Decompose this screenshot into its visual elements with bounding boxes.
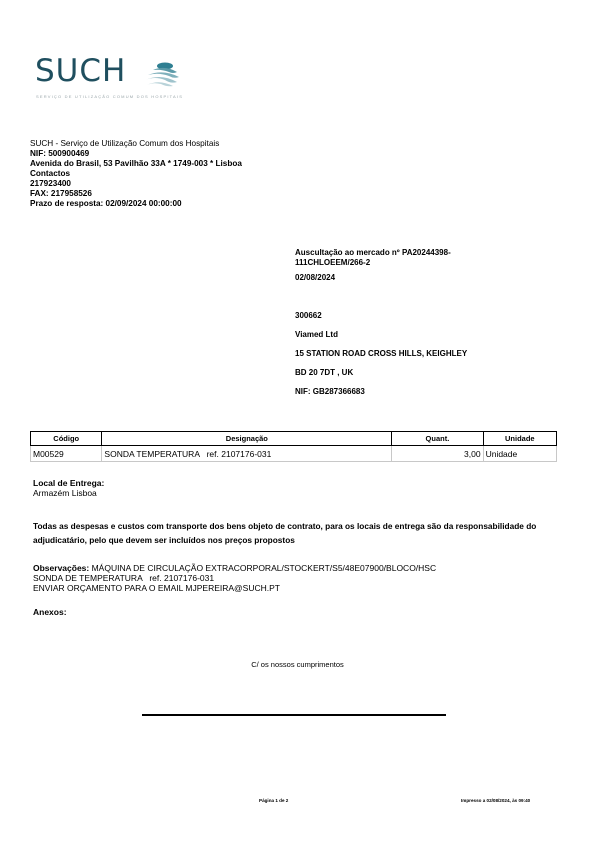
page-number: Página 1 de 2 [259,798,288,803]
reference-title: Auscultação ao mercado nº PA20244398- 11… [295,248,451,268]
supplier-address1: 15 STATION ROAD CROSS HILLS, KEIGHLEY [295,349,467,368]
sender-address: Avenida do Brasil, 53 Pavilhão 33A * 174… [30,159,242,169]
column-header-unit: Unidade [483,432,556,446]
supplier-name: Viamed Ltd [295,330,467,349]
company-logo-text: SUCH [35,56,126,87]
delivery-location: Armazém Lisboa [33,488,104,498]
sender-fax: FAX: 217958526 [30,189,242,199]
printed-timestamp: Impresso a 02/08/2024, às 09:40 [461,798,530,803]
sender-name: SUCH - Serviço de Utilização Comum dos H… [30,139,242,149]
closing-greeting: C/ os nossos cumprimentos [0,660,595,669]
table-row: M00529 SONDA TEMPERATURA ref. 2107176-03… [31,446,557,462]
item-code: M00529 [31,446,102,462]
item-unit: Unidade [483,446,556,462]
signature-line [142,714,446,716]
transport-notice: Todas as despesas e custos com transport… [33,519,563,547]
item-quantity: 3,00 [392,446,483,462]
wave-logo-icon [143,58,181,88]
sender-contacts-label: Contactos [30,169,242,179]
sender-nif: NIF: 500900469 [30,149,242,159]
column-header-quantity: Quant. [392,432,483,446]
reference-title-line2: 111CHLOEEM/266-2 [295,258,451,268]
company-tagline: SERVIÇO DE UTILIZAÇÃO COMUM DOS HOSPITAI… [36,94,183,99]
supplier-address2: BD 20 7DT , UK [295,368,467,387]
observations-line3: ENVIAR ORÇAMENTO PARA O EMAIL MJPEREIRA@… [33,583,436,593]
response-deadline: Prazo de resposta: 02/09/2024 00:00:00 [30,199,242,209]
column-header-designation: Designação [102,432,392,446]
supplier-code: 300662 [295,311,467,330]
observations-line2: SONDA DE TEMPERATURA ref. 2107176-031 [33,573,436,583]
supplier-nif: NIF: GB287366683 [295,387,467,406]
table-header-row: Código Designação Quant. Unidade [31,432,557,446]
supplier-block: 300662 Viamed Ltd 15 STATION ROAD CROSS … [295,311,467,406]
observations-label: Observações: [33,563,89,573]
delivery-label: Local de Entrega: [33,478,104,488]
delivery-block: Local de Entrega: Armazém Lisboa [33,478,104,498]
sender-phone: 217923400 [30,179,242,189]
reference-date: 02/08/2024 [295,273,335,282]
reference-title-line1: Auscultação ao mercado nº PA20244398- [295,248,451,258]
column-header-code: Código [31,432,102,446]
sender-block: SUCH - Serviço de Utilização Comum dos H… [30,139,242,209]
item-designation: SONDA TEMPERATURA ref. 2107176-031 [102,446,392,462]
observations-block: Observações: MÁQUINA DE CIRCULAÇÃO EXTRA… [33,563,436,593]
observations-line1: MÁQUINA DE CIRCULAÇÃO EXTRACORPORAL/STOC… [89,563,436,573]
items-table: Código Designação Quant. Unidade M00529 … [30,431,557,462]
annex-label: Anexos: [33,607,67,617]
